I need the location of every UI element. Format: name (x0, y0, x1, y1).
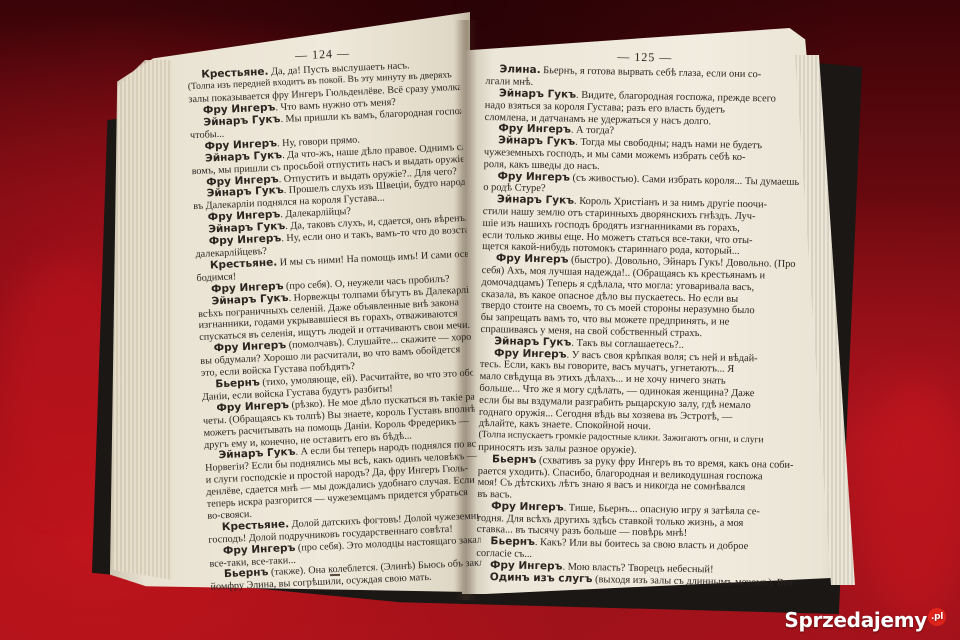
left-page-edges (112, 60, 172, 580)
right-page-lines: Элина. Бьернъ, я готова вырвать себѣ гла… (476, 64, 804, 589)
speaker-name: Фру Ингеръ (491, 501, 564, 514)
speaker-name: Бьернъ (490, 536, 535, 548)
velvet-highlight (860, 380, 960, 620)
speaker-name: Одинъ изъ слугъ (490, 572, 593, 585)
speaker-name: Эйнаръ Гукъ (494, 336, 571, 349)
speaker-name: Фру Ингеръ (494, 347, 567, 360)
right-page-text: — 125 — Элина. Бьернъ, я готова вырвать … (476, 46, 804, 589)
watermark-brand: Sprzedajemy (784, 608, 927, 632)
speaker-name: Фру Ингеръ (497, 171, 570, 184)
speaker-name: Эйнаръ Гукъ (499, 88, 576, 101)
left-page-text: — 124 — Крестьяне. Да, да! Пусть выслуша… (186, 40, 482, 594)
speaker-name: Элина. (499, 64, 540, 76)
page-bottom-dash (330, 574, 340, 576)
watermark-logo: Sprzedajemy.pl (784, 608, 946, 632)
speaker-name: Бьернъ (215, 376, 260, 390)
watermark-tld-badge: .pl (928, 608, 946, 626)
speaker-name: Бьернъ (492, 454, 537, 466)
speaker-name: Бьернъ (224, 567, 269, 581)
speaker-name: Фру Ингеръ (496, 253, 569, 266)
speaker-name: Эйнаръ Гукъ (498, 135, 575, 148)
left-page-lines: Крестьяне. Да, да! Пусть выслушаетъ насъ… (187, 58, 482, 594)
speaker-name: Эйнаръ Гукъ (497, 194, 574, 207)
speaker-name: Фру Ингеръ (498, 123, 571, 136)
speaker-name: Фру Ингеръ (490, 560, 563, 573)
